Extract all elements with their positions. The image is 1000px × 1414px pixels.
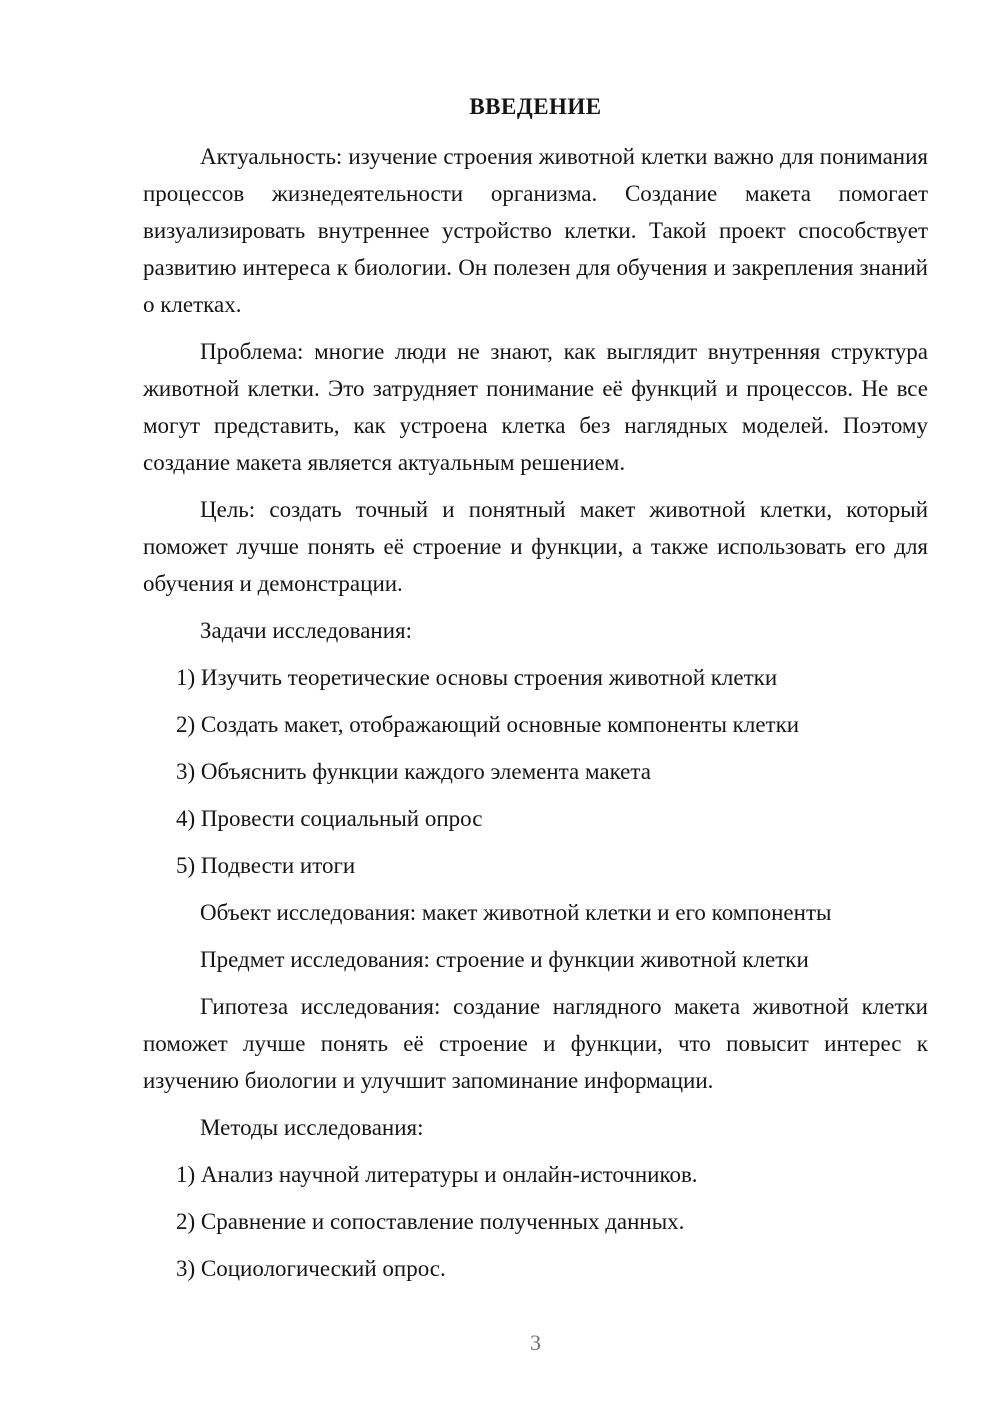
paragraph: Задачи исследования:	[143, 612, 928, 649]
paragraph: Гипотеза исследования: создание наглядно…	[143, 988, 928, 1099]
page-title: ВВЕДЕНИЕ	[143, 88, 928, 125]
paragraph: Объект исследования: макет животной клет…	[143, 894, 928, 931]
paragraph: Методы исследования:	[143, 1109, 928, 1146]
paragraph: Цель: создать точный и понятный макет жи…	[143, 491, 928, 602]
list-item: 3) Объяснить функции каждого элемента ма…	[143, 753, 928, 790]
list-item: 2) Создать макет, отображающий основные …	[143, 706, 928, 743]
paragraph: Проблема: многие люди не знают, как выгл…	[143, 333, 928, 481]
list-item: 4) Провести социальный опрос	[143, 800, 928, 837]
document-page: ВВЕДЕНИЕ Актуальность: изучение строения…	[0, 0, 1000, 1414]
list-item: 1) Анализ научной литературы и онлайн-ис…	[143, 1156, 928, 1193]
list-item: 1) Изучить теоретические основы строения…	[143, 659, 928, 696]
list-item: 2) Сравнение и сопоставление полученных …	[143, 1203, 928, 1240]
list-item: 5) Подвести итоги	[143, 847, 928, 884]
paragraph: Предмет исследования: строение и функции…	[143, 941, 928, 978]
document-body: Актуальность: изучение строения животной…	[143, 138, 928, 1287]
page-number: 3	[143, 1328, 928, 1358]
list-item: 3) Социологический опрос.	[143, 1250, 928, 1287]
paragraph: Актуальность: изучение строения животной…	[143, 138, 928, 323]
document-content: ВВЕДЕНИЕ Актуальность: изучение строения…	[143, 88, 928, 1297]
